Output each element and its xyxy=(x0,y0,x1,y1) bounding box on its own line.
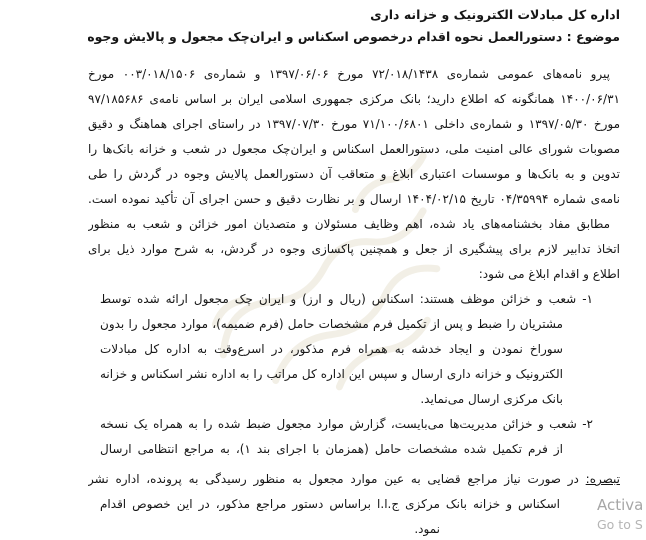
list-item-1-line: سوراخ نمودن و ایجاد خدشه به همراه فرم مذ… xyxy=(100,337,563,362)
document-line: مصوبات شورای عالی امنیت ملی، دستورالعمل … xyxy=(88,137,620,162)
document-line: مورخ ۱۳۹۷/۰۵/۳۰ و شماره‌ی داخلی ۷۱/۱۰۰/۶… xyxy=(88,112,620,137)
document-line: پیرو نامه‌های عمومی شماره‌ی ۷۲/۰۱۸/۱۴۳۸ … xyxy=(88,62,620,87)
note-text: در صورت نیاز مراجع قضایی به عین موارد مج… xyxy=(88,472,586,486)
document-subject: موضوع : دستورالعمل نحوه اقدام درخصوص اسک… xyxy=(88,26,620,48)
list-item-2-line: ۲- شعب و خزائن مدیریت‌ها می‌بایست، گزارش… xyxy=(100,412,593,437)
note-line: اسکناس و خزانه بانک مرکزی ج.ا.ا براساس د… xyxy=(100,492,560,517)
list-item-2-line: از فرم تکمیل شده مشخصات حامل (همزمان با … xyxy=(100,437,563,462)
document-line: تدوین و به بانک‌ها و موسسات اعتباری ابلا… xyxy=(88,162,620,187)
note-line: نمود. xyxy=(88,517,440,540)
document-content: اداره کل مبادلات الکترونیک و خزانه داری … xyxy=(0,0,646,540)
note-line: تبصره: در صورت نیاز مراجع قضایی به عین م… xyxy=(88,467,620,492)
list-item-1-line: الکترونیک و خزانه داری ارسال و سپس این ا… xyxy=(100,362,563,387)
document-line: مطابق مفاد بخشنامه‌های یاد شده، اهم وظای… xyxy=(88,212,620,237)
document-line: اطلاع و اقدام ابلاغ می شود: xyxy=(88,262,620,287)
document-title: اداره کل مبادلات الکترونیک و خزانه داری xyxy=(88,4,620,26)
list-item-1-line: بانک مرکزی ارسال می‌نماید. xyxy=(100,387,563,412)
activate-windows-watermark: Activa xyxy=(597,495,643,515)
document-line: ۱۴۰۰/۰۶/۳۱ همانگونه که اطلاع دارید؛ بانک… xyxy=(88,87,620,112)
note-label: تبصره: xyxy=(586,472,620,486)
document-line: نامه‌ی شماره ۰۴/۳۵۹۹۴ تاریخ ۱۴۰۴/۰۲/۱۵ ا… xyxy=(88,187,620,212)
list-item-1-line: ۱- شعب و خزائن موظف هستند: اسکناس (ریال … xyxy=(100,287,593,312)
scanned-document-page: اداره کل مبادلات الکترونیک و خزانه داری … xyxy=(0,0,646,540)
document-body: پیرو نامه‌های عمومی شماره‌ی ۷۲/۰۱۸/۱۴۳۸ … xyxy=(88,62,620,540)
list-item-1-line: مشتریان را ضبط و پس از تکمیل فرم مشخصات … xyxy=(100,312,563,337)
go-to-settings-watermark: Go to S xyxy=(597,517,643,532)
document-line: اتخاذ تدابیر لازم برای پیشگیری از جعل و … xyxy=(88,237,620,262)
